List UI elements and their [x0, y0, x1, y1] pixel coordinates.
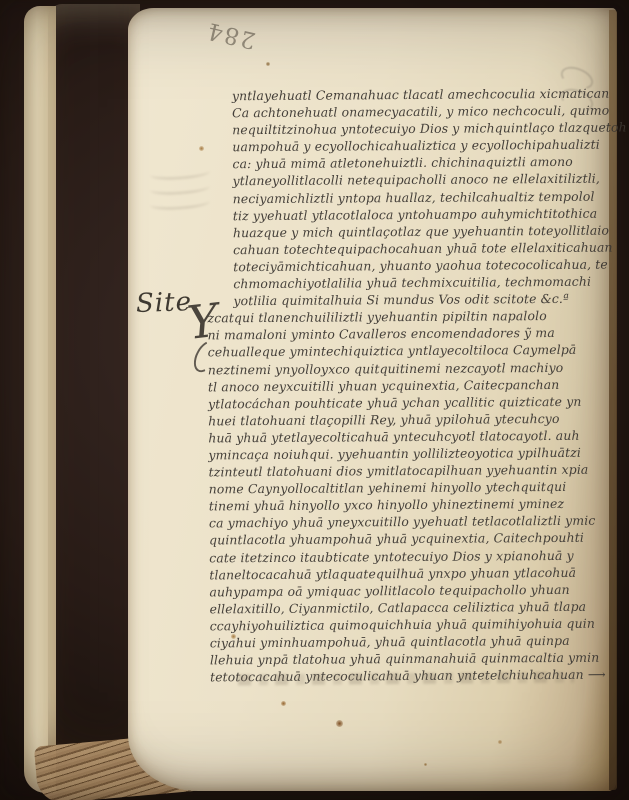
book-photo: 284 Site yntlayehuatl Cemanahuac tlacatl…	[0, 0, 629, 800]
foxing-spot	[199, 146, 204, 151]
paragraph-2: Y zcatqui tlanenchuililiztli yyehuantin …	[207, 307, 612, 686]
foxing-spot	[281, 701, 286, 706]
manuscript-line: quintlacotla yhuampohuā yhuā ycquinextia…	[209, 529, 611, 549]
foxing-spot	[498, 740, 502, 744]
paragraph-1: yntlayehuatl Cemanahuac tlacatl amechcoc…	[232, 85, 610, 310]
manuscript-line: ytlaneyollitlacolli netequipacholli anoc…	[233, 170, 609, 190]
foxing-spot	[266, 62, 270, 66]
manuscript-line: cehualleque ymintechiquiztica yntlayecol…	[208, 341, 610, 361]
foxing-spot	[424, 763, 427, 766]
faint-pencil-note	[150, 164, 210, 208]
paragraph-2-lines: zcatqui tlanenchuililiztli yyehuantin pi…	[207, 307, 612, 686]
manuscript-line: neciyamichliztli yntopa huallaz, techilc…	[233, 187, 609, 207]
foxing-spot	[336, 720, 343, 727]
foxing-spot	[231, 634, 236, 639]
decorated-initial: Y	[185, 300, 220, 343]
fore-edge-page-stack	[48, 4, 140, 796]
manuscript-text: yntlayehuatl Cemanahuac tlacatl amechcoc…	[206, 85, 612, 686]
margin-note-site: Site	[135, 287, 192, 319]
